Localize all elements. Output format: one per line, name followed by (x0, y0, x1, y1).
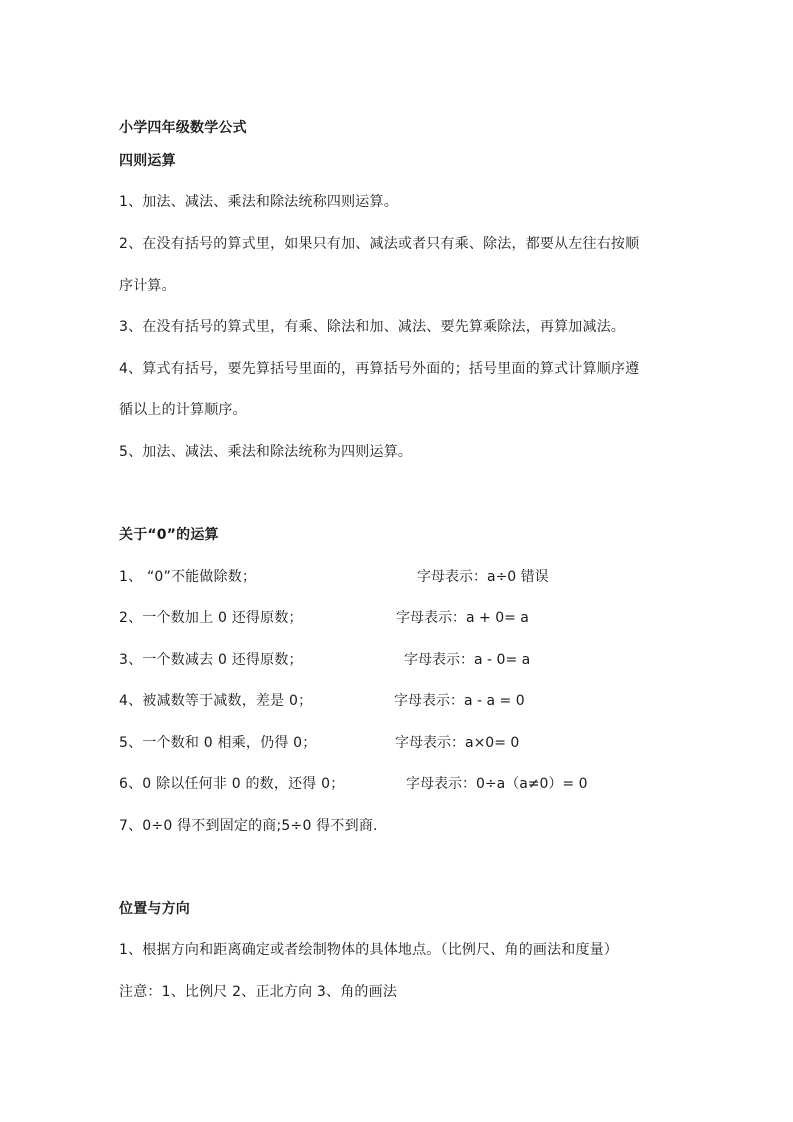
rule-formula: 字母表示：0÷a（a≠0）= 0 (406, 775, 588, 793)
paragraph: 序计算。 (119, 277, 176, 295)
rule-text: 4、被减数等于减数，差是 0； (119, 692, 312, 710)
section-heading-zero: 关于“0”的运算 (119, 526, 219, 544)
rule-formula: 字母表示：a÷0 错误 (417, 568, 549, 586)
paragraph: 5、加法、减法、乘法和除法统称为四则运算。 (119, 443, 412, 461)
rule-formula: 字母表示：a + 0= a (396, 609, 529, 627)
rule-text: 5、一个数和 0 相乘，仍得 0； (119, 734, 316, 752)
section-heading-arithmetic: 四则运算 (119, 152, 176, 170)
paragraph: 循以上的计算顺序。 (119, 401, 247, 419)
paragraph: 3、在没有括号的算式里，有乘、除法和加、减法、要先算乘除法，再算加减法。 (119, 318, 625, 336)
rule-text: 6、0 除以任何非 0 的数，还得 0； (119, 775, 344, 793)
paragraph: 注意：1、比例尺 2、正北方向 3、角的画法 (119, 983, 397, 1001)
paragraph: 1、根据方向和距离确定或者绘制物体的具体地点。（比例尺、角的画法和度量） (119, 941, 618, 959)
paragraph: 2、在没有括号的算式里，如果只有加、减法或者只有乘、除法，都要从左往右按顺 (119, 235, 639, 253)
rule-formula: 字母表示：a×0= 0 (395, 734, 519, 752)
paragraph: 4、算式有括号，要先算括号里面的，再算括号外面的；括号里面的算式计算顺序遵 (119, 360, 639, 378)
paragraph: 1、加法、减法、乘法和除法统称四则运算。 (119, 193, 398, 211)
document-title: 小学四年级数学公式 (119, 119, 247, 137)
rule-formula: 字母表示：a - a = 0 (394, 692, 525, 710)
rule-text: 1、 “0”不能做除数； (119, 568, 256, 586)
rule-formula: 字母表示：a - 0= a (404, 651, 530, 669)
rule-text: 3、一个数减去 0 还得原数； (119, 651, 303, 669)
rule-text: 7、0÷0 得不到固定的商;5÷0 得不到商. (119, 817, 378, 835)
rule-text: 2、一个数加上 0 还得原数； (119, 609, 303, 627)
section-heading-position: 位置与方向 (119, 900, 190, 918)
